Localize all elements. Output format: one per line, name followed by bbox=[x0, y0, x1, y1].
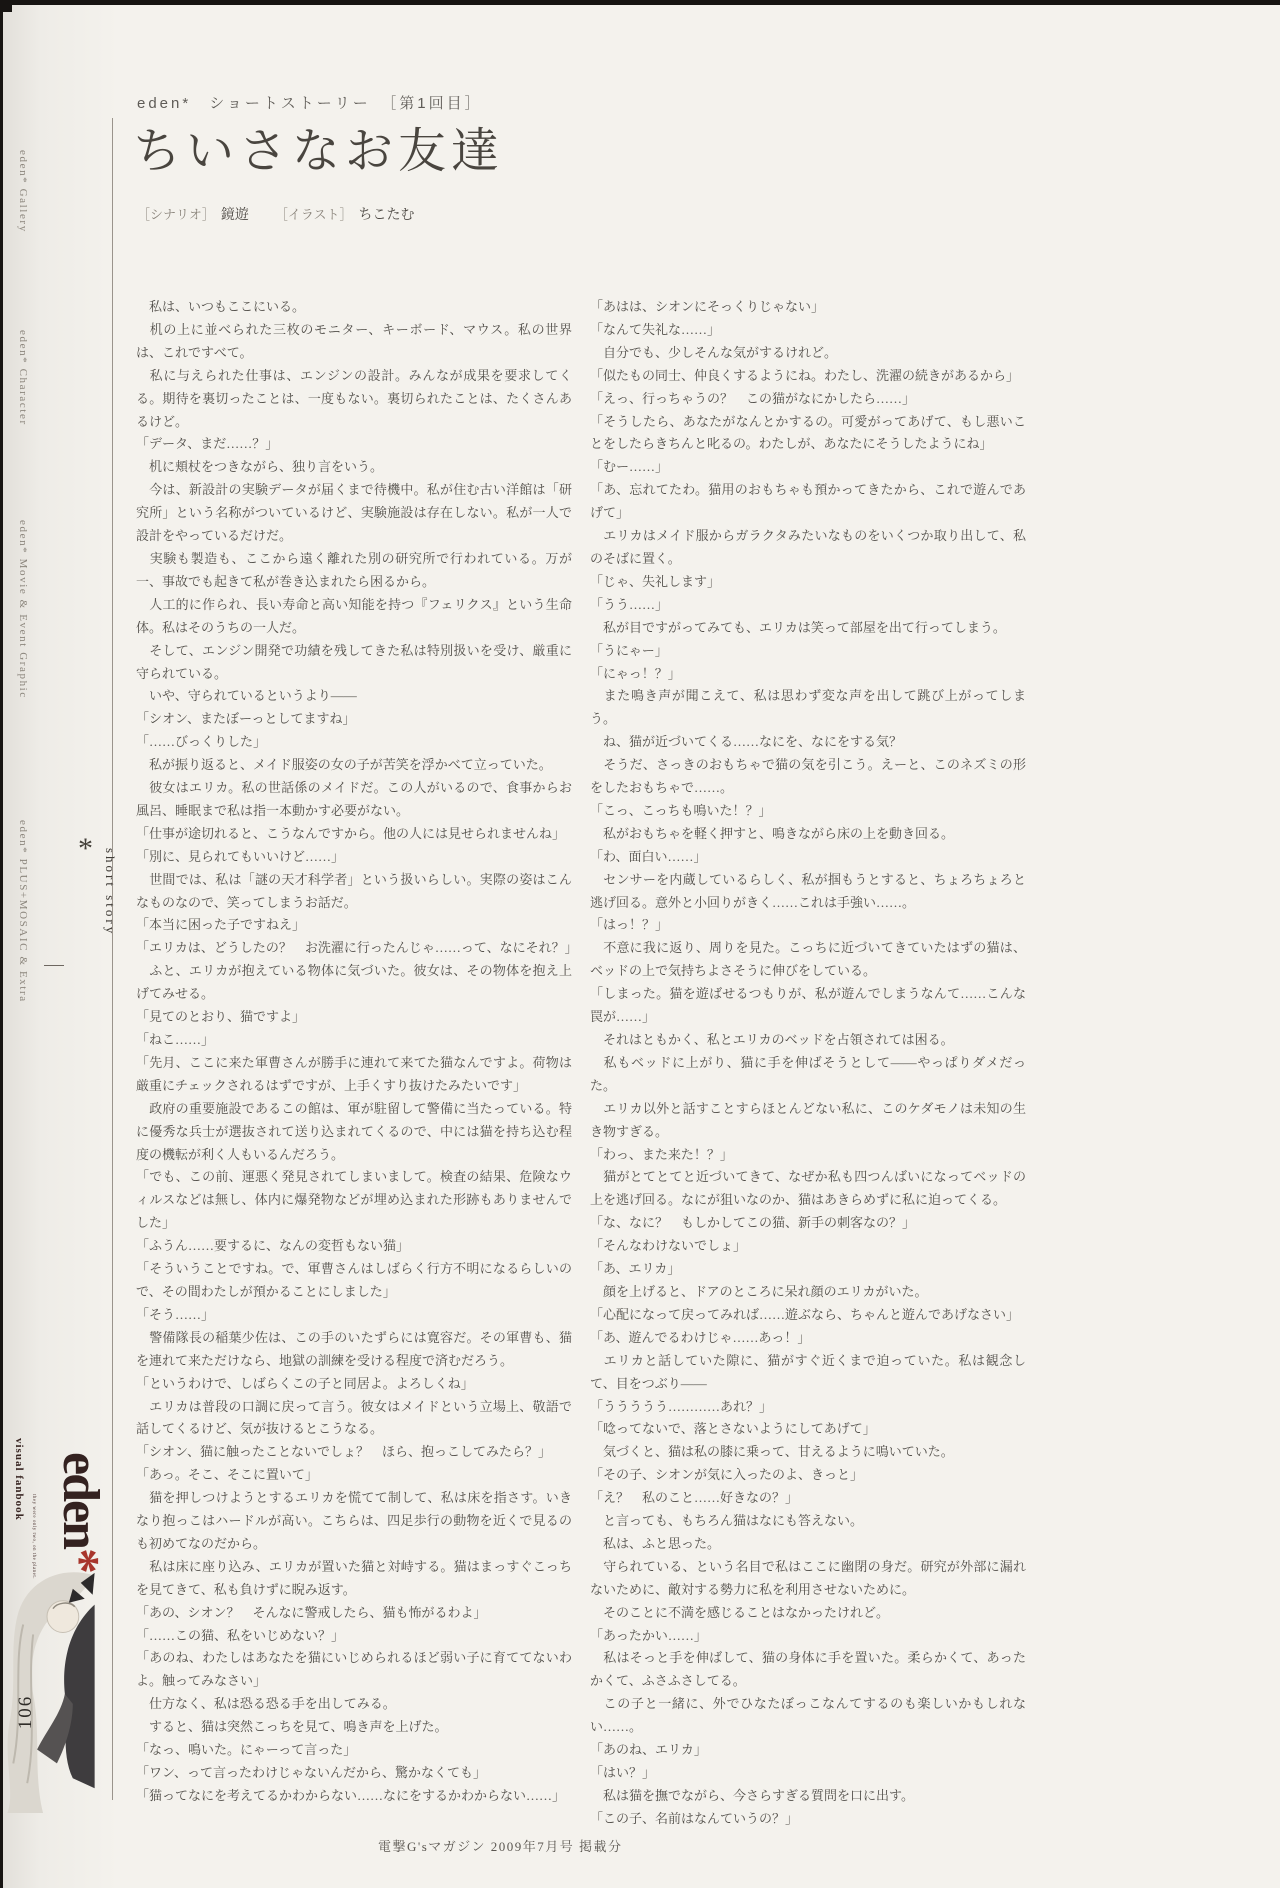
story-paragraph: 仕方なく、私は恐る恐る手を出してみる。 bbox=[136, 1693, 572, 1716]
page-number: 106 bbox=[14, 1688, 38, 1736]
story-paragraph: 「え？ 私のこと……好きなの？」 bbox=[590, 1487, 1026, 1510]
story-paragraph: 猫を押しつけようとするエリカを慌てて制して、私は床を指さす。いきなり抱っこはハー… bbox=[136, 1487, 572, 1556]
story-paragraph: この子と一緒に、外でひなたぼっこなんてするのも楽しいかもしれない……。 bbox=[590, 1693, 1026, 1739]
story-paragraph: 「そんなわけないでしょ」 bbox=[590, 1235, 1026, 1258]
sidebar-item-movie-event-graphic: eden* Movie & Event Graphic bbox=[17, 520, 29, 699]
story-paragraph: 「そう……」 bbox=[136, 1304, 572, 1327]
margin-divider-rule bbox=[112, 118, 113, 1800]
story-paragraph: 実験も製造も、ここから遠く離れた別の研究所で行われている。万が一、事故でも起きて… bbox=[136, 548, 572, 594]
story-paragraph: 「ううううう…………あれ？」 bbox=[590, 1396, 1026, 1419]
magazine-page: eden* Gallery eden* Character eden* Movi… bbox=[0, 0, 1280, 1888]
story-paragraph: 私はそっと手を伸ばして、猫の身体に手を置いた。柔らかくて、あったかくて、ふさふさ… bbox=[590, 1647, 1026, 1693]
eden-logo: eden* bbox=[50, 1452, 110, 1572]
story-paragraph: そうだ、さっきのおもちゃで猫の気を引こう。えーと、このネズミの形をしたおもちゃで… bbox=[590, 754, 1026, 800]
story-paragraph: 「ふうん……要するに、なんの変哲もない猫」 bbox=[136, 1235, 572, 1258]
story-paragraph: それはともかく、私とエリカのベッドを占領されては困る。 bbox=[590, 1029, 1026, 1052]
story-paragraph: 机の上に並べられた三枚のモニター、キーボード、マウス。私の世界は、これですべて。 bbox=[136, 319, 572, 365]
story-paragraph: エリカ以外と話すことすらほとんどない私に、このケダモノは未知の生き物すぎる。 bbox=[590, 1098, 1026, 1144]
story-paragraph: いや、守られているというより―― bbox=[136, 685, 572, 708]
story-paragraph: 「じゃ、失礼します」 bbox=[590, 571, 1026, 594]
story-paragraph: 「エリカは、どうしたの？ お洗濯に行ったんじゃ……って、なにそれ？」 bbox=[136, 937, 572, 960]
story-paragraph: 「別に、見られてもいいけど……」 bbox=[136, 846, 572, 869]
story-kicker: eden* ショートストーリー ［第1回目］ bbox=[137, 92, 483, 113]
sidebar-item-character: eden* Character bbox=[17, 330, 29, 426]
story-paragraph: 警備隊長の稲葉少佐は、この手のいたずらには寛容だ。その軍曹も、猫を連れて来ただけ… bbox=[136, 1327, 572, 1373]
story-paragraph: 「……この猫、私をいじめない？」 bbox=[136, 1625, 572, 1648]
story-paragraph: エリカは普段の口調に戻って言う。彼女はメイドという立場上、敬語で話してくるけど、… bbox=[136, 1396, 572, 1442]
scenario-name: 鏡遊 bbox=[221, 206, 249, 222]
scan-corner bbox=[0, 0, 12, 12]
story-paragraph: 「うにゃー」 bbox=[590, 640, 1026, 663]
story-paragraph: 「似たもの同士、仲良くするようにね。わたし、洗濯の続きがあるから」 bbox=[590, 365, 1026, 388]
story-paragraph: 「見てのとおり、猫ですよ」 bbox=[136, 1006, 572, 1029]
story-paragraph: 顔を上げると、ドアのところに呆れ顔のエリカがいた。 bbox=[590, 1281, 1026, 1304]
story-paragraph: 「はっ！？」 bbox=[590, 914, 1026, 937]
story-paragraph: 私は床に座り込み、エリカが置いた猫と対峙する。猫はまっすぐこっちを見てきて、私も… bbox=[136, 1556, 572, 1602]
story-paragraph: 「なっ、鳴いた。にゃーって言った」 bbox=[136, 1739, 572, 1762]
story-paragraph: 「そういうことですね。で、軍曹さんはしばらく行方不明になるらしいので、その間わた… bbox=[136, 1258, 572, 1304]
story-paragraph: 「心配になって戻ってみれば……遊ぶなら、ちゃんと遊んであげなさい」 bbox=[590, 1304, 1026, 1327]
story-paragraph: 「でも、この前、運悪く発見されてしまいまして。検査の結果、危険なウィルスなどは無… bbox=[136, 1166, 572, 1235]
story-paragraph: と言っても、もちろん猫はなにも答えない。 bbox=[590, 1510, 1026, 1533]
story-paragraph: すると、猫は突然こっちを見て、鳴き声を上げた。 bbox=[136, 1716, 572, 1739]
story-left-column: 私は、いつもここにいる。 机の上に並べられた三枚のモニター、キーボード、マウス。… bbox=[136, 296, 572, 1808]
visual-fanbook-label: visual fanbook bbox=[13, 1438, 25, 1521]
story-paragraph: ふと、エリカが抱えている物体に気づいた。彼女は、その物体を抱え上げてみせる。 bbox=[136, 960, 572, 1006]
story-paragraph: 私もベッドに上がり、猫に手を伸ばそうとして――やっぱりダメだった。 bbox=[590, 1052, 1026, 1098]
story-paragraph: 「あ、エリカ」 bbox=[590, 1258, 1026, 1281]
story-paragraph: 私に与えられた仕事は、エンジンの設計。みんなが成果を要求してくる。期待を裏切った… bbox=[136, 365, 572, 434]
story-paragraph: そして、エンジン開発で功績を残してきた私は特別扱いを受け、厳重に守られている。 bbox=[136, 640, 572, 686]
illustration-label: ［イラスト］ bbox=[275, 207, 353, 222]
story-right-column: 「あはは、シオンにそっくりじゃない」「なんて失礼な……」 自分でも、少しそんな気… bbox=[590, 296, 1026, 1831]
story-paragraph: 私が振り返ると、メイド服姿の女の子が苦笑を浮かべて立っていた。 bbox=[136, 754, 572, 777]
story-paragraph: 「あの、シオン？ そんなに警戒したら、猫も怖がるわよ」 bbox=[136, 1602, 572, 1625]
story-paragraph: 自分でも、少しそんな気がするけれど。 bbox=[590, 342, 1026, 365]
story-paragraph: 「はい？」 bbox=[590, 1762, 1026, 1785]
story-paragraph: 「というわけで、しばらくこの子と同居よ。よろしくね」 bbox=[136, 1373, 572, 1396]
story-paragraph: 「唸ってないで、落とさないようにしてあげて」 bbox=[590, 1418, 1026, 1441]
story-paragraph: 私は、いつもここにいる。 bbox=[136, 296, 572, 319]
publication-footer: 電撃G'sマガジン 2009年7月号 掲載分 bbox=[378, 1836, 622, 1855]
story-paragraph: そのことに不満を感じることはなかったけれど。 bbox=[590, 1602, 1026, 1625]
story-paragraph: センサーを内蔵しているらしく、私が掴もうとすると、ちょろちょろと逃げ回る。意外と… bbox=[590, 869, 1026, 915]
story-paragraph: 「あっ。そこ、そこに置いて」 bbox=[136, 1464, 572, 1487]
story-paragraph: 「シオン、猫に触ったことないでしょ？ ほら、抱っこしてみたら？」 bbox=[136, 1441, 572, 1464]
story-paragraph: 机に頬杖をつきながら、独り言をいう。 bbox=[136, 456, 572, 479]
story-paragraph: 「この子、名前はなんていうの？」 bbox=[590, 1808, 1026, 1831]
story-paragraph: 気づくと、猫は私の膝に乗って、甘えるように鳴いていた。 bbox=[590, 1441, 1026, 1464]
story-paragraph: 「猫ってなにを考えてるかわからない……なにをするかわからない……」 bbox=[136, 1785, 572, 1808]
story-paragraph: 不意に我に返り、周りを見た。こっちに近づいてきていたはずの猫は、ベッドの上で気持… bbox=[590, 937, 1026, 983]
section-tick-line bbox=[44, 965, 64, 966]
story-paragraph: 私が目ですがってみても、エリカは笑って部屋を出て行ってしまう。 bbox=[590, 617, 1026, 640]
story-paragraph: 「にゃっ！？」 bbox=[590, 663, 1026, 686]
story-paragraph: 「あのね、わたしはあなたを猫にいじめられるほど弱い子に育ててないわよ。触ってみな… bbox=[136, 1647, 572, 1693]
story-paragraph: 「わっ、また来た！？」 bbox=[590, 1144, 1026, 1167]
story-paragraph: 「あはは、シオンにそっくりじゃない」 bbox=[590, 296, 1026, 319]
story-paragraph: 私がおもちゃを軽く押すと、鳴きながら床の上を動き回る。 bbox=[590, 823, 1026, 846]
scan-edge-top bbox=[0, 0, 1280, 5]
eden-logo-text: eden bbox=[52, 1452, 109, 1548]
story-paragraph: 「あったかい……」 bbox=[590, 1625, 1026, 1648]
story-paragraph: 守られている、という名目で私はここに幽閉の身だ。研究が外部に漏れないために、敵対… bbox=[590, 1556, 1026, 1602]
sidebar-item-gallery: eden* Gallery bbox=[17, 150, 29, 233]
story-paragraph: また鳴き声が聞こえて、私は思わず変な声を出して跳び上がってしまう。 bbox=[590, 685, 1026, 731]
story-paragraph: エリカはメイド服からガラクタみたいなものをいくつか取り出して、私のそばに置く。 bbox=[590, 525, 1026, 571]
story-paragraph: 「ワン、って言ったわけじゃないんだから、驚かなくても」 bbox=[136, 1762, 572, 1785]
story-paragraph: 「仕事が途切れると、こうなんですから。他の人には見せられませんね」 bbox=[136, 823, 572, 846]
story-paragraph: 「むー……」 bbox=[590, 456, 1026, 479]
story-paragraph: 「あ、忘れてたわ。猫用のおもちゃも預かってきたから、これで遊んであげて」 bbox=[590, 479, 1026, 525]
story-paragraph: 政府の重要施設であるこの館は、軍が駐留して警備に当たっている。特に優秀な兵士が選… bbox=[136, 1098, 572, 1167]
story-paragraph: 私は猫を撫でながら、今さらすぎる質問を口に出す。 bbox=[590, 1785, 1026, 1808]
story-paragraph: 「ねこ……」 bbox=[136, 1029, 572, 1052]
story-paragraph: 「……びっくりした」 bbox=[136, 731, 572, 754]
story-paragraph: 「あ、遊んでるわけじゃ……あっ！」 bbox=[590, 1327, 1026, 1350]
story-paragraph: 人工的に作られ、長い寿命と高い知能を持つ『フェリクス』という生命体。私はそのうち… bbox=[136, 594, 572, 640]
story-paragraph: 「なんて失礼な……」 bbox=[590, 319, 1026, 342]
story-paragraph: エリカと話していた隙に、猫がすぐ近くまで迫っていた。私は観念して、目をつぶり―― bbox=[590, 1350, 1026, 1396]
story-paragraph: 「先月、ここに来た軍曹さんが勝手に連れて来てた猫なんですよ。荷物は厳重にチェック… bbox=[136, 1052, 572, 1098]
story-paragraph: 世間では、私は「謎の天才科学者」という扱いらしい。実際の姿はこんなものなので、笑… bbox=[136, 869, 572, 915]
story-paragraph: 「うう……」 bbox=[590, 594, 1026, 617]
sidebar-item-plus-mosaic-extra: eden* PLUS+MOSAIC & Extra bbox=[17, 820, 29, 1003]
story-paragraph: 「えっ、行っちゃうの？ この猫がなにかしたら……」 bbox=[590, 388, 1026, 411]
page-title: ちいさなお友達 bbox=[133, 112, 504, 181]
story-paragraph: ね、猫が近づいてくる……なにを、なにをする気？ bbox=[590, 731, 1026, 754]
story-paragraph: 彼女はエリカ。私の世話係のメイドだ。この人がいるので、食事からお風呂、睡眠まで私… bbox=[136, 777, 572, 823]
story-paragraph: 「そうしたら、あなたがなんとかするの。可愛がってあげて、もし悪いことをしたらきち… bbox=[590, 411, 1026, 457]
story-paragraph: 「しまった。猫を遊ばせるつもりが、私が遊んでしまうなんて……こんな罠が……」 bbox=[590, 983, 1026, 1029]
credits-line: ［シナリオ］鏡遊［イラスト］ちこたむ bbox=[137, 204, 415, 224]
story-paragraph: 「その子、シオンが気に入ったのよ、きっと」 bbox=[590, 1464, 1026, 1487]
asterisk-icon: * bbox=[78, 834, 93, 864]
story-paragraph: 「本当に困った子ですねえ」 bbox=[136, 914, 572, 937]
story-paragraph: 「わ、面白い……」 bbox=[590, 846, 1026, 869]
illustration-name: ちこたむ bbox=[359, 206, 415, 222]
short-story-marker: short story bbox=[102, 848, 118, 936]
story-paragraph: 私は、ふと思った。 bbox=[590, 1533, 1026, 1556]
story-paragraph: 「データ、まだ……？」 bbox=[136, 433, 572, 456]
story-paragraph: 猫がとてとてと近づいてきて、なぜか私も四つんばいになってベッドの上を逃げ回る。な… bbox=[590, 1166, 1026, 1212]
story-paragraph: 「こっ、こっちも鳴いた！？」 bbox=[590, 800, 1026, 823]
story-paragraph: 「あのね、エリカ」 bbox=[590, 1739, 1026, 1762]
story-paragraph: 「な、なに？ もしかしてこの猫、新手の刺客なの？」 bbox=[590, 1212, 1026, 1235]
scenario-label: ［シナリオ］ bbox=[137, 207, 215, 222]
story-paragraph: 今は、新設計の実験データが届くまで待機中。私が住む古い洋館は「研究所」という名称… bbox=[136, 479, 572, 548]
story-paragraph: 「シオン、またぼーっとしてますね」 bbox=[136, 708, 572, 731]
